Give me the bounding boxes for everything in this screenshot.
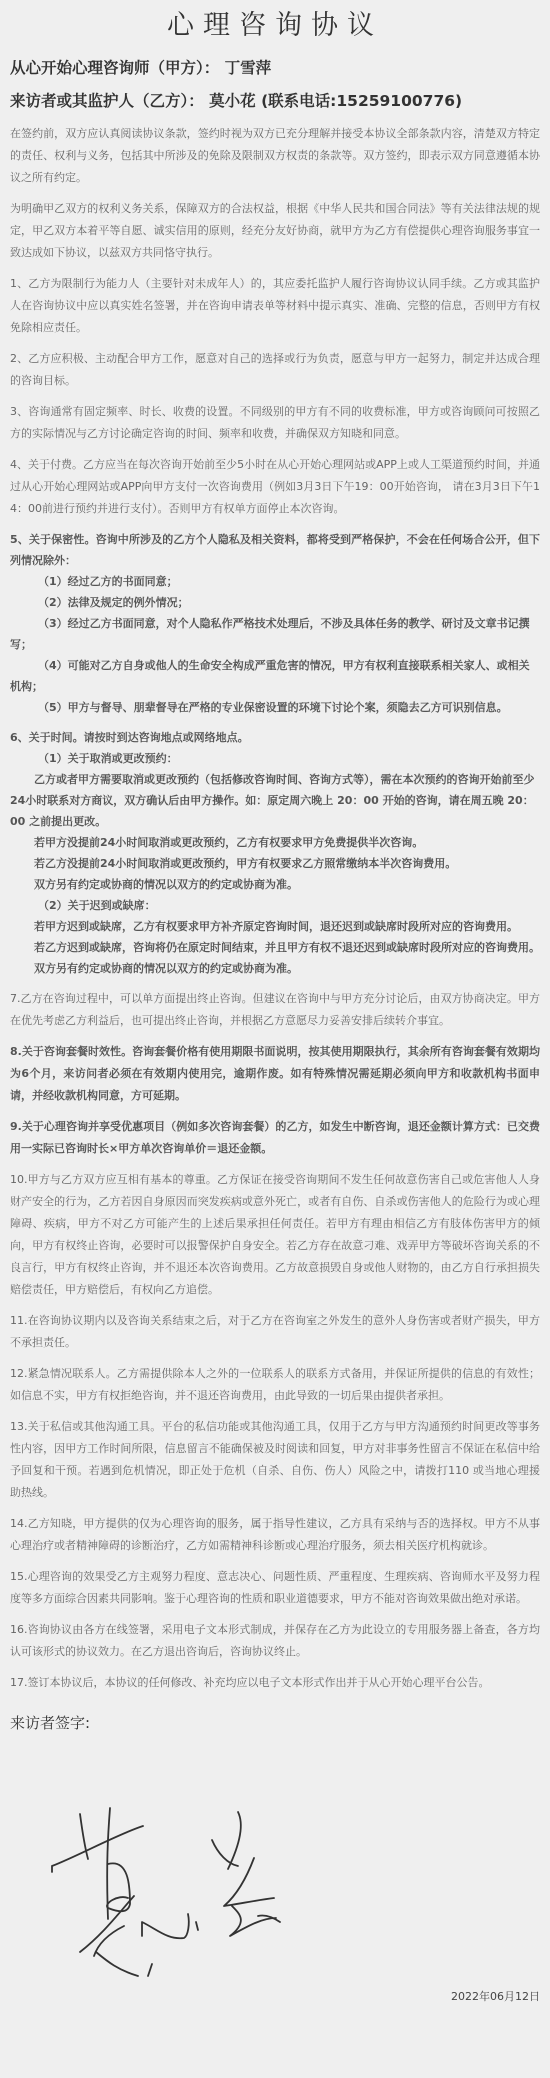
- clause-8: 8.关于咨询套餐时效性。咨询套餐价格有使用期限书面说明，按其使用期限执行，其余所…: [10, 1041, 540, 1107]
- signature-date: 2022年06月12日: [451, 1988, 540, 2004]
- clause-5-intro: 5、关于保密性。咨询中所涉及的乙方个人隐私及相关资料，都将受到严格保护，不会在任…: [10, 529, 540, 571]
- preamble-paragraph-2: 为明确甲乙双方的权利义务关系，保障双方的合法权益，根据《中华人民共和国合同法》等…: [10, 198, 540, 264]
- clause-11: 11.在咨询协议期内以及咨询关系结束之后，对于乙方在咨询室之外发生的意外人身伤害…: [10, 1310, 540, 1354]
- clause-6-sub1-line: 若乙方没提前24小时间取消或更改预约，甲方有权要求乙方照常缴纳本半次咨询费用。: [10, 853, 540, 874]
- clause-3: 3、咨询通常有固定频率、时长、收费的设置。不同级别的甲方有不同的收费标准，甲方或…: [10, 401, 540, 445]
- clause-13: 13.关于私信或其他沟通工具。平台的私信功能或其他沟通工具，仅用于乙方与甲方沟通…: [10, 1416, 540, 1504]
- clause-1: 1、乙方为限制行为能力人（主要针对未成年人）的，其应委托监护人履行咨询协议认同手…: [10, 273, 540, 339]
- document-title: 心理咨询协议: [10, 6, 540, 58]
- clause-6-sub1-line: 若甲方没提前24小时间取消或更改预约，乙方有权要求甲方免费提供半次咨询。: [10, 832, 540, 853]
- preamble-paragraph-1: 在签约前，双方应认真阅读协议条款，签约时视为双方已充分理解并接受本协议全部条款内…: [10, 123, 540, 189]
- clause-6-sub2-line: 若乙方迟到或缺席，咨询将仍在原定时间结束，并且甲方有权不退还迟到或缺席时段所对应…: [10, 937, 540, 958]
- clause-5: 5、关于保密性。咨询中所涉及的乙方个人隐私及相关资料，都将受到严格保护，不会在任…: [10, 529, 540, 718]
- party-b-label: 来访者或其监护人（乙方）：: [10, 92, 204, 110]
- clause-6-intro: 6、关于时间。请按时到达咨询地点或网络地点。: [10, 727, 540, 748]
- clause-6-sub1-line: 乙方或者甲方需要取消或更改预约（包括修改咨询时间、咨询方式等），需在本次预约的咨…: [10, 769, 540, 832]
- clause-5-item: （5）甲方与督导、朋辈督导在严格的专业保密设置的环境下讨论个案，须隐去乙方可识别…: [10, 697, 540, 718]
- party-b-name: 莫小花: [209, 92, 256, 110]
- clause-16: 16.咨询协议由各方在线签署，采用电子文本形式制成，并保存在乙方为此设立的专用服…: [10, 1619, 540, 1663]
- party-a-name: 丁雪萍: [225, 59, 272, 77]
- clause-6-sub1-line: 双方另有约定或协商的情况以双方的约定或协商为准。: [10, 874, 540, 895]
- party-a-label: 从心开始心理咨询师（甲方）：: [10, 59, 219, 77]
- clause-7: 7.乙方在咨询过程中，可以单方面提出终止咨询。但建议在咨询中与甲方充分讨论后，由…: [10, 988, 540, 1032]
- clause-6-sub2-line: 若甲方迟到或缺席，乙方有权要求甲方补齐原定咨询时间，退还迟到或缺席时段所对应的咨…: [10, 916, 540, 937]
- clause-5-item: （2）法律及规定的例外情况；: [10, 592, 540, 613]
- signature-label: 来访者签字:: [10, 1712, 540, 1733]
- clause-4: 4、关于付费。乙方应当在每次咨询开始前至少5小时在从心开始心理网站或APP上或人…: [10, 454, 540, 520]
- clause-12: 12.紧急情况联系人。乙方需提供除本人之外的一位联系人的联系方式备用，并保证所提…: [10, 1363, 540, 1407]
- clause-5-item: （4）可能对乙方自身或他人的生命安全构成严重危害的情况，甲方有权利直接联系相关家…: [10, 655, 540, 697]
- clause-14: 14.乙方知晓，甲方提供的仅为心理咨询的服务，属于指导性建议，乙方具有采纳与否的…: [10, 1513, 540, 1557]
- clause-6-sub2-title: （2）关于迟到或缺席：: [10, 895, 540, 916]
- agreement-document: 心理咨询协议 从心开始心理咨询师（甲方）： 丁雪萍 来访者或其监护人（乙方）： …: [0, 0, 550, 1733]
- party-a-line: 从心开始心理咨询师（甲方）： 丁雪萍: [10, 58, 540, 78]
- party-b-line: 来访者或其监护人（乙方）： 莫小花 (联系电话:15259100776): [10, 91, 540, 111]
- clause-9: 9.关于心理咨询并享受优惠项目（例如多次咨询套餐）的乙方，如发生中断咨询，退还金…: [10, 1116, 540, 1160]
- clause-5-item: （1）经过乙方的书面同意；: [10, 571, 540, 592]
- clause-2: 2、乙方应积极、主动配合甲方工作，愿意对自己的选择或行为负责，愿意与甲方一起努力…: [10, 348, 540, 392]
- clause-15: 15.心理咨询的效果受乙方主观努力程度、意志决心、问题性质、严重程度、生理疾病、…: [10, 1566, 540, 1610]
- clause-6-sub2-line: 双方另有约定或协商的情况以双方的约定或协商为准。: [10, 958, 540, 979]
- clause-17: 17.签订本协议后，本协议的任何修改、补充均应以电子文本形式作出并于从心开始心理…: [10, 1672, 540, 1694]
- clause-6-sub1-title: （1）关于取消或更改预约：: [10, 748, 540, 769]
- clause-6: 6、关于时间。请按时到达咨询地点或网络地点。 （1）关于取消或更改预约： 乙方或…: [10, 727, 540, 979]
- handwritten-signature: [48, 1804, 298, 1984]
- clause-5-item: （3）经过乙方书面同意，对个人隐私作严格技术处理后，不涉及具体任务的教学、研讨及…: [10, 613, 540, 655]
- clause-10: 10.甲方与乙方双方应互相有基本的尊重。乙方保证在接受咨询期间不发生任何故意伤害…: [10, 1169, 540, 1301]
- party-b-phone: (联系电话:15259100776): [261, 92, 462, 110]
